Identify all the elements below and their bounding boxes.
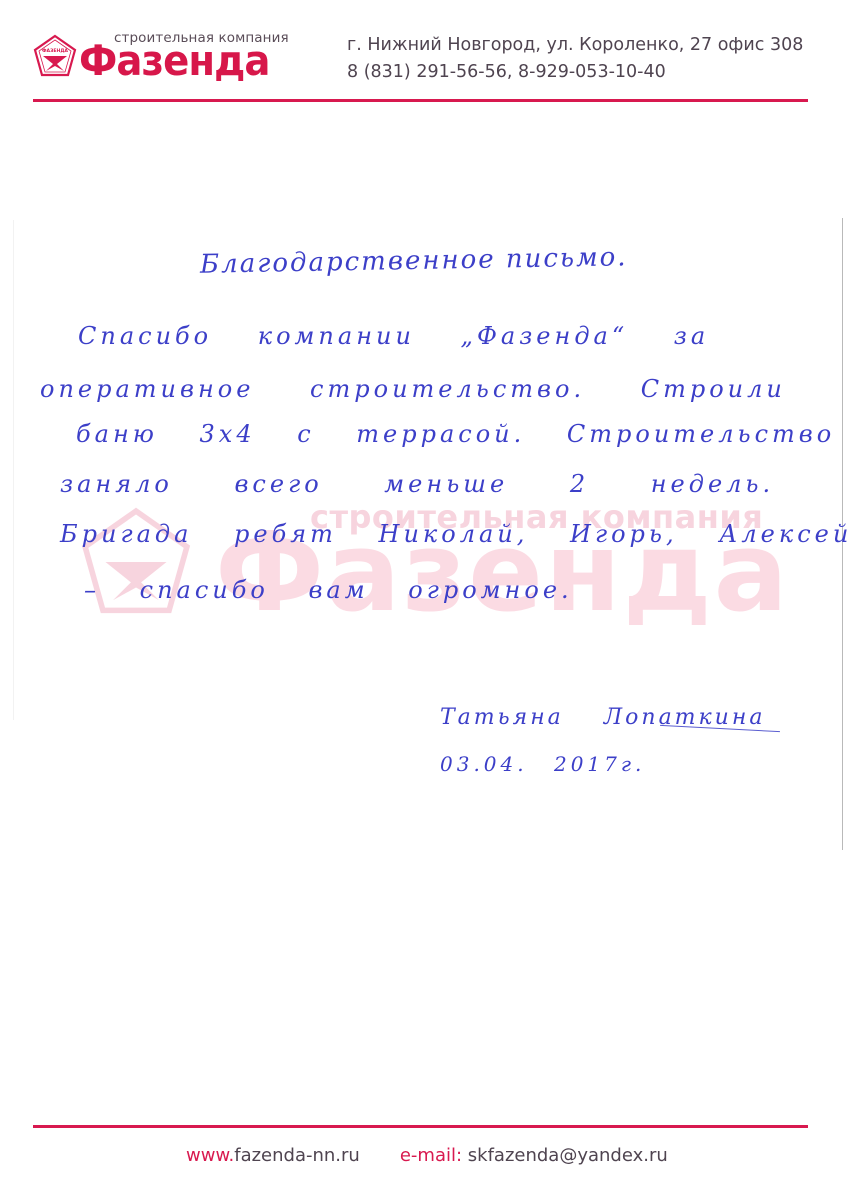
letter-line: заняло всего меньше 2 недель. (60, 470, 774, 498)
email-label: e-mail: (400, 1145, 462, 1166)
letter-date: 03.04. 2017г. (440, 752, 645, 776)
header-divider (33, 99, 808, 102)
email-link[interactable]: skfazenda@yandex.ru (468, 1145, 668, 1166)
signature: Татьяна Лопаткина (440, 705, 765, 730)
pentagon-emblem-icon: ФАЗЕНДА (33, 34, 77, 78)
letter-line: – спасибо вам огромное. (84, 576, 573, 604)
footer-contacts: www.fazenda-nn.rue-mail: skfazenda@yande… (186, 1145, 668, 1166)
watermark-logo: строительная компания Фазенда (80, 496, 780, 626)
company-phones: 8 (831) 291-56-56, 8-929-053-10-40 (347, 59, 803, 86)
letter-title: Благодарственное письмо. (200, 242, 628, 279)
letter-line: Спасибо компании „Фазенда“ за (78, 322, 709, 350)
company-contacts: г. Нижний Новгород, ул. Короленко, 27 оф… (347, 32, 803, 86)
letter-line: баню 3х4 с террасой. Строительство (76, 420, 835, 448)
footer-divider (33, 1125, 808, 1128)
svg-text:ФАЗЕНДА: ФАЗЕНДА (42, 48, 68, 54)
scan-edge-left (13, 220, 14, 720)
letterhead: ФАЗЕНДА строительная компания Фазенда г.… (0, 0, 848, 110)
logo-brand-name: Фазенда (79, 40, 270, 82)
website-link[interactable]: www.fazenda-nn.ru (186, 1145, 360, 1166)
company-address: г. Нижний Новгород, ул. Короленко, 27 оф… (347, 32, 803, 59)
letter-line: Бригада ребят Николай, Игорь, Алексей – (60, 520, 848, 548)
company-logo: ФАЗЕНДА строительная компания Фазенда (33, 30, 293, 84)
letter-line: оперативное строительство. Строили (40, 375, 786, 403)
